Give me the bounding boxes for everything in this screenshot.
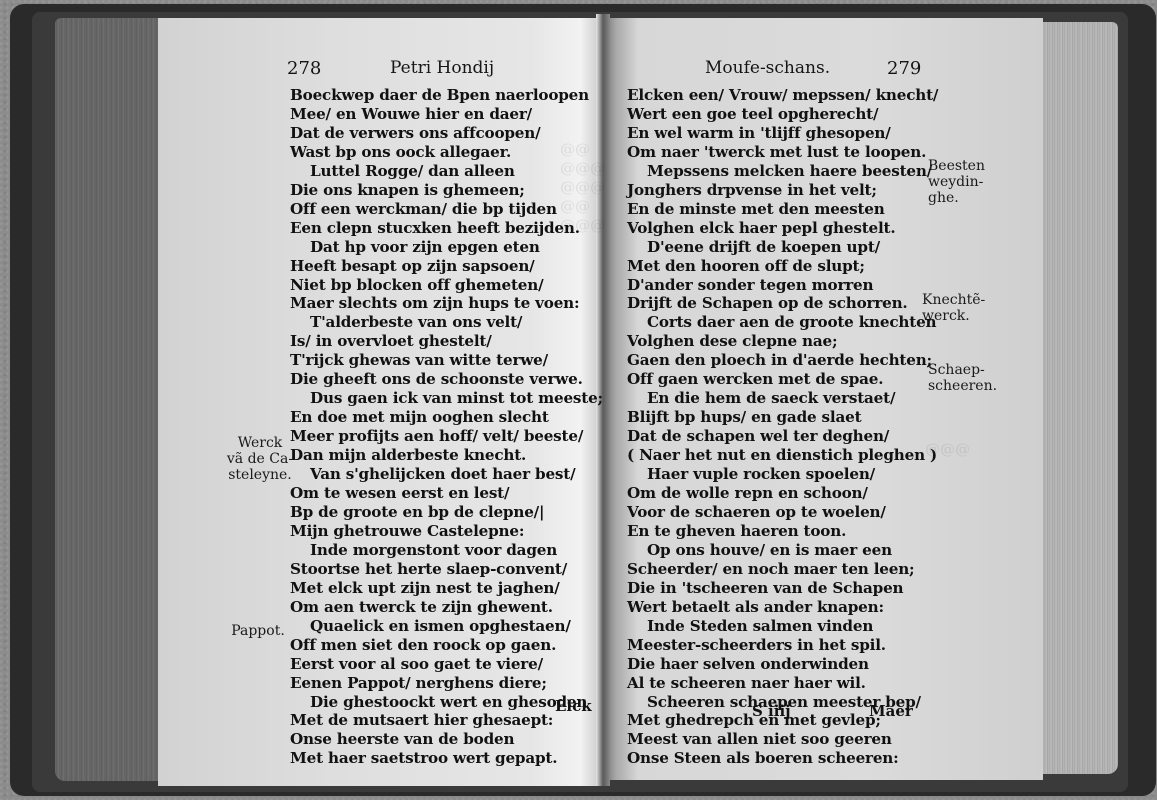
verse-line: Mepssens melcken haere beesten/ bbox=[627, 162, 938, 181]
left-page-number: 278 bbox=[287, 58, 321, 79]
verse-line: Dus gaen ick van minst tot meeste; bbox=[290, 389, 603, 408]
verse-line: D'ander sonder tegen morren bbox=[627, 276, 938, 295]
margin-gloss: Werckvã de Ca-steleyne. bbox=[225, 435, 295, 483]
verse-line: Om aen twerck te zijn ghewent. bbox=[290, 598, 603, 617]
verse-line: Wert betaelt als ander knapen: bbox=[627, 598, 938, 617]
right-running-head: Moufe-schans. bbox=[705, 58, 830, 78]
verse-line: Gaen den ploech in d'aerde hechten; bbox=[627, 351, 938, 370]
verse-line: Niet bp blocken off ghemeten/ bbox=[290, 276, 603, 295]
verse-line: Voor de schaeren op te woelen/ bbox=[627, 503, 938, 522]
catchword: Elck bbox=[555, 697, 592, 715]
verse-line: Boeckwep daer de Bpen naerloopen bbox=[290, 86, 603, 105]
verse-line: Blijft bp hups/ en gade slaet bbox=[627, 408, 938, 427]
verse-line: Mee/ en Wouwe hier en daer/ bbox=[290, 105, 603, 124]
verse-line: T'rijck ghewas van witte terwe/ bbox=[290, 351, 603, 370]
verse-line: Off men siet den roock op gaen. bbox=[290, 636, 603, 655]
verse-line: T'alderbeste van ons velt/ bbox=[290, 313, 603, 332]
verse-line: Eenen Pappot/ nerghens diere; bbox=[290, 674, 603, 693]
verse-line: Met elck upt zijn nest te jaghen/ bbox=[290, 579, 603, 598]
verse-line: Wast bp ons oock allegaer. bbox=[290, 143, 603, 162]
verse-line: Inde Steden salmen vinden bbox=[627, 617, 938, 636]
margin-gloss: Pappot. bbox=[228, 623, 288, 639]
verse-line: En die hem de saeck verstaet/ bbox=[627, 389, 938, 408]
verse-line: Corts daer aen de groote knechten bbox=[627, 313, 938, 332]
verse-line: Meester-scheerders in het spil. bbox=[627, 636, 938, 655]
margin-gloss: Schaep-scheeren. bbox=[928, 362, 998, 394]
verse-line: Van s'ghelijcken doet haer best/ bbox=[290, 465, 603, 484]
catchword: Maer bbox=[869, 702, 913, 720]
right-page-block-edge bbox=[1038, 22, 1118, 774]
verse-line: En doe met mijn ooghen slecht bbox=[290, 408, 603, 427]
margin-gloss: Knechtẽ-werck. bbox=[922, 292, 992, 324]
verse-line: Volghen elck haer pepl ghestelt. bbox=[627, 219, 938, 238]
verse-line: Scheerder/ en noch maer ten leen; bbox=[627, 560, 938, 579]
verse-line: Dat de schapen wel ter deghen/ bbox=[627, 427, 938, 446]
verse-line: Om naer 'twerck met lust te loopen. bbox=[627, 143, 938, 162]
verse-line: Bp de groote en bp de clepne/| bbox=[290, 503, 603, 522]
left-page-block-edge bbox=[55, 18, 165, 781]
verse-line: Luttel Rogge/ dan alleen bbox=[290, 162, 603, 181]
verse-line: Drijft de Schapen op de schorren. bbox=[627, 294, 938, 313]
verse-line: Heeft besapt op zijn sapsoen/ bbox=[290, 257, 603, 276]
verse-line: Meer profijts aen hoff/ velt/ beeste/ bbox=[290, 427, 603, 446]
verse-line: Eerst voor al soo gaet te viere/ bbox=[290, 655, 603, 674]
verse-line: Off gaen wercken met de spae. bbox=[627, 370, 938, 389]
verse-line: Met den hooren off de slupt; bbox=[627, 257, 938, 276]
verse-line: Elcken een/ Vrouw/ mepssen/ knecht/ bbox=[627, 86, 938, 105]
verse-line: Dat hp voor zijn epgen eten bbox=[290, 238, 603, 257]
verse-line: Maer slechts om zijn hups te voen: bbox=[290, 294, 603, 313]
right-page-number: 279 bbox=[887, 58, 921, 79]
verse-line: En te gheven haeren toon. bbox=[627, 522, 938, 541]
verse-line: Met haer saetstroo wert gepapt. bbox=[290, 749, 603, 768]
verse-line: Is/ in overvloet ghestelt/ bbox=[290, 332, 603, 351]
verse-line: Quaelick en ismen opghestaen/ bbox=[290, 617, 603, 636]
signature-mark: S iiij bbox=[752, 702, 791, 720]
right-verse-block: Elcken een/ Vrouw/ mepssen/ knecht/Wert … bbox=[627, 86, 938, 768]
verse-line: Volghen dese clepne nae; bbox=[627, 332, 938, 351]
verse-line: Die gheeft ons de schoonste verwe. bbox=[290, 370, 603, 389]
margin-gloss: Beestenweydin-ghe. bbox=[928, 158, 998, 206]
verse-line: Een clepn stucxken heeft bezijden. bbox=[290, 219, 603, 238]
verse-line: Jonghers drpvense in het velt; bbox=[627, 181, 938, 200]
verse-line: Onse Steen als boeren scheeren: bbox=[627, 749, 938, 768]
left-running-head: Petri Hondij bbox=[390, 58, 494, 78]
verse-line: Dat de verwers ons affcoopen/ bbox=[290, 124, 603, 143]
left-verse-block: Boeckwep daer de Bpen naerloopenMee/ en … bbox=[290, 86, 603, 768]
verse-line: Off een werckman/ die bp tijden bbox=[290, 200, 603, 219]
verse-line: Op ons houve/ en is maer een bbox=[627, 541, 938, 560]
verse-line: Inde morgenstont voor dagen bbox=[290, 541, 603, 560]
verse-line: Om de wolle repn en schoon/ bbox=[627, 484, 938, 503]
verse-line: En wel warm in 'tlijff ghesopen/ bbox=[627, 124, 938, 143]
verse-line: Al te scheeren naer haer wil. bbox=[627, 674, 938, 693]
verse-line: En de minste met den meesten bbox=[627, 200, 938, 219]
verse-line: ( Naer het nut en dienstich pleghen ) bbox=[627, 446, 938, 465]
verse-line: Die in 'tscheeren van de Schapen bbox=[627, 579, 938, 598]
verse-line: Meest van allen niet soo geeren bbox=[627, 730, 938, 749]
verse-line: Haer vuple rocken spoelen/ bbox=[627, 465, 938, 484]
verse-line: Wert een goe teel opgherecht/ bbox=[627, 105, 938, 124]
verse-line: Stoortse het herte slaep-convent/ bbox=[290, 560, 603, 579]
verse-line: Die haer selven onderwinden bbox=[627, 655, 938, 674]
verse-line: D'eene drijft de koepen upt/ bbox=[627, 238, 938, 257]
verse-line: Die ons knapen is ghemeen; bbox=[290, 181, 603, 200]
verse-line: Mijn ghetrouwe Castelepne: bbox=[290, 522, 603, 541]
verse-line: Onse heerste van de boden bbox=[290, 730, 603, 749]
verse-line: Om te wesen eerst en lest/ bbox=[290, 484, 603, 503]
verse-line: Dan mijn alderbeste knecht. bbox=[290, 446, 603, 465]
